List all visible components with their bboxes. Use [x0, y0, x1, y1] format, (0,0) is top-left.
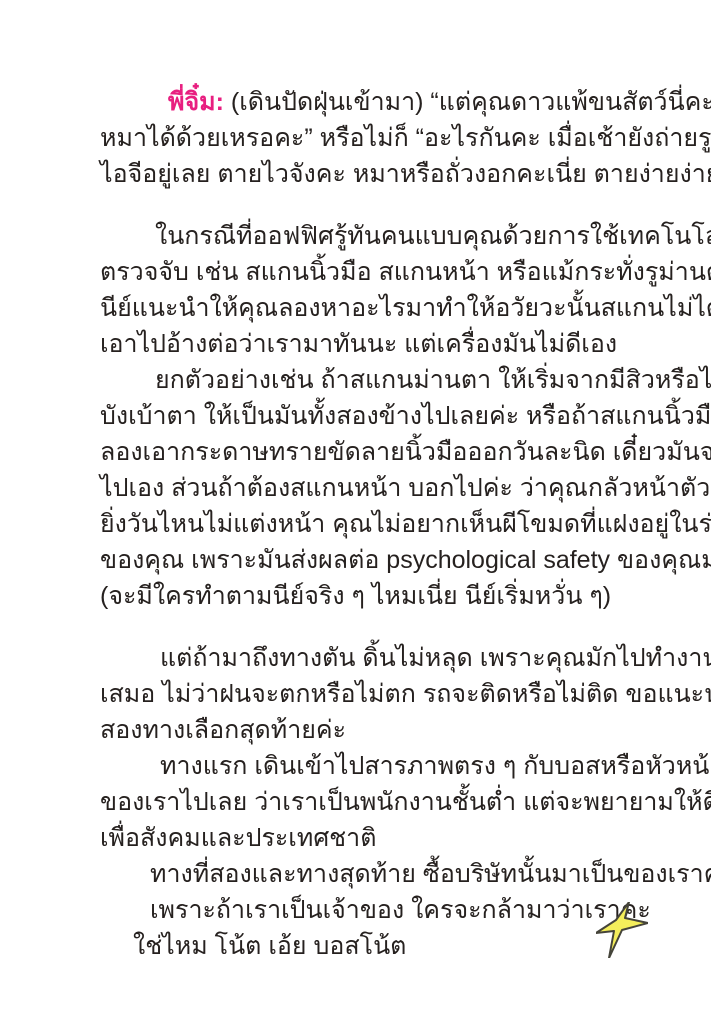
text-line: เพราะถ้าเราเป็นเจ้าของ ใครจะกล้ามาว่าเรา…	[100, 892, 620, 928]
text-line: เสมอ ไม่ว่าฝนจะตกหรือไม่ตก รถจะติดหรือไม…	[100, 676, 620, 712]
text-line: ลองเอากระดาษทรายขัดลายนิ้วมือออกวันละนิด…	[100, 434, 620, 470]
text-line: ตรวจจับ เช่น สแกนนิ้วมือ สแกนหน้า หรือแม…	[100, 254, 620, 290]
text-line: ในกรณีที่ออฟฟิศรู้ทันคนแบบคุณด้วยการใช้เ…	[100, 218, 620, 254]
text-line: (จะมีใครทำตามนีย์จริง ๆ ไหมเนี่ย นีย์เริ…	[100, 578, 620, 614]
text-line: ยกตัวอย่างเช่น ถ้าสแกนม่านตา ให้เริ่มจาก…	[100, 362, 620, 398]
text-line: นีย์แนะนำให้คุณลองหาอะไรมาทำให้อวัยวะนั้…	[100, 290, 620, 326]
speaker-name: พี่จิ๋ม:	[168, 88, 224, 116]
book-page: พี่จิ๋ม: (เดินปัดฝุ่นเข้ามา) “แต่คุณดาวแ…	[0, 0, 711, 1024]
sparkle-icon	[596, 902, 648, 958]
paragraph-option-one: ทางแรก เดินเข้าไปสารภาพตรง ๆ กับบอสหรือห…	[100, 748, 620, 856]
text-line: สองทางเลือกสุดท้ายค่ะ	[100, 712, 620, 748]
text-line: แต่ถ้ามาถึงทางตัน ดิ้นไม่หลุด เพราะคุณมั…	[100, 640, 620, 676]
text-line: ของคุณ เพราะมันส่งผลต่อ psychological sa…	[100, 542, 620, 578]
paragraph-office-technology: ในกรณีที่ออฟฟิศรู้ทันคนแบบคุณด้วยการใช้เ…	[100, 218, 620, 362]
text-line: เพื่อสังคมและประเทศชาติ	[100, 820, 620, 856]
text-line: ยิ่งวันไหนไม่แต่งหน้า คุณไม่อยากเห็นผีโข…	[100, 506, 620, 542]
text-line: บังเบ้าตา ให้เป็นมันทั้งสองข้างไปเลยค่ะ …	[100, 398, 620, 434]
text-line: ทางแรก เดินเข้าไปสารภาพตรง ๆ กับบอสหรือห…	[100, 748, 620, 784]
text-line: ไอจีอยู่เลย ตายไวจังคะ หมาหรือถั่วงอกคะเ…	[100, 156, 620, 192]
text-line: ทางที่สองและทางสุดท้าย ซื้อบริษัทนั้นมาเ…	[100, 856, 620, 892]
text-line: พี่จิ๋ม: (เดินปัดฝุ่นเข้ามา) “แต่คุณดาวแ…	[100, 84, 620, 120]
text-line: หมาได้ด้วยเหรอคะ” หรือไม่ก็ “อะไรกันคะ เ…	[100, 120, 620, 156]
text-line: ใช่ไหม โน้ต เอ้ย บอสโน้ต	[100, 928, 620, 964]
sparkle-shape	[596, 902, 648, 958]
paragraph-dead-end: แต่ถ้ามาถึงทางตัน ดิ้นไม่หลุด เพราะคุณมั…	[100, 640, 620, 748]
paragraph-dialogue-intro: พี่จิ๋ม: (เดินปัดฝุ่นเข้ามา) “แต่คุณดาวแ…	[100, 84, 620, 192]
text-line: ของเราไปเลย ว่าเราเป็นพนักงานชั้นต่ำ แต่…	[100, 784, 620, 820]
paragraph-option-two: ทางที่สองและทางสุดท้าย ซื้อบริษัทนั้นมาเ…	[100, 856, 620, 964]
paragraph-scan-examples: ยกตัวอย่างเช่น ถ้าสแกนม่านตา ให้เริ่มจาก…	[100, 362, 620, 614]
text-line: เอาไปอ้างต่อว่าเรามาทันนะ แต่เครื่องมันไ…	[100, 326, 620, 362]
text-line: ไปเอง ส่วนถ้าต้องสแกนหน้า บอกไปค่ะ ว่าคุ…	[100, 470, 620, 506]
text-block: พี่จิ๋ม: (เดินปัดฝุ่นเข้ามา) “แต่คุณดาวแ…	[100, 84, 620, 964]
